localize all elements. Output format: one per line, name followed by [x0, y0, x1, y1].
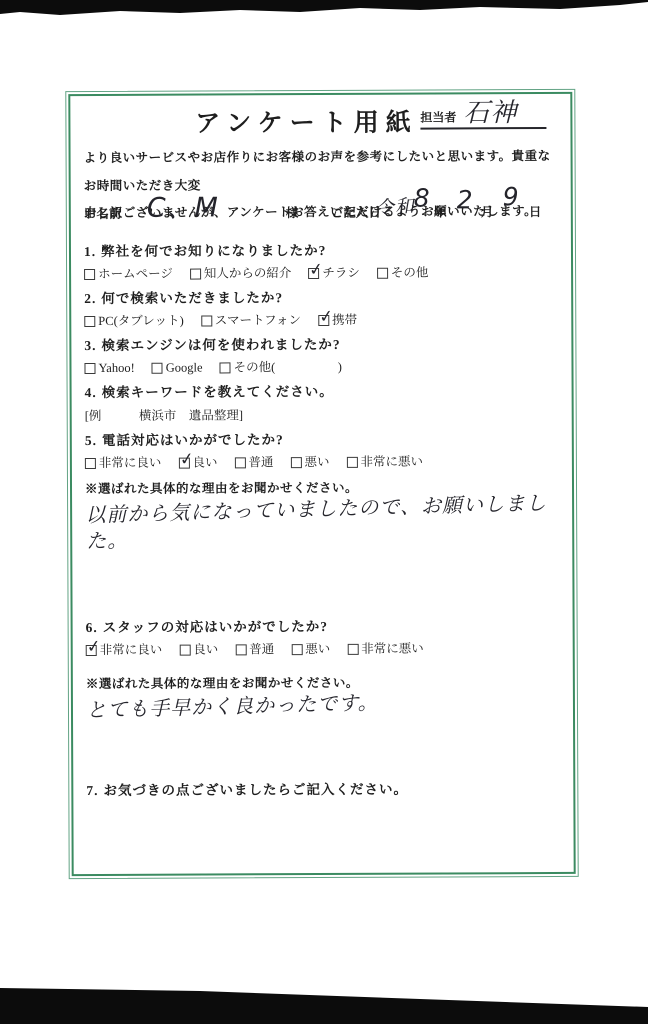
question-text: お気づきの点ございましたらご記入ください。	[103, 782, 408, 798]
year-value-handwritten: 8	[414, 184, 431, 213]
option-label: 良い	[193, 640, 218, 659]
checkbox[interactable]	[291, 644, 302, 655]
checkbox-option[interactable]: ✓チラシ	[308, 264, 360, 283]
staff-field: 担当者 石神	[420, 100, 546, 130]
checkbox-option[interactable]: Yahoo!	[84, 359, 134, 378]
questions-list: 1.弊社を何でお知りになりましたか?ホームページ知人からの紹介✓チラシその他2.…	[84, 235, 563, 801]
question-number: 2.	[84, 291, 96, 306]
option-label: Yahoo!	[98, 359, 134, 378]
option-label: その他	[391, 264, 429, 283]
question-text: 弊社を何でお知りになりましたか?	[101, 243, 326, 259]
checkbox-option[interactable]: その他	[377, 264, 429, 283]
options-row: 非常に良い✓良い普通悪い非常に悪い	[85, 452, 562, 473]
checkbox-option[interactable]: 非常に悪い	[347, 640, 424, 659]
checkbox-option[interactable]: PC(タブレット)	[84, 312, 184, 331]
option-label: 非常に良い	[100, 641, 163, 660]
staff-name-handwritten: 石神	[463, 100, 517, 126]
question-heading: 2.何で検索いただきましたか?	[84, 287, 561, 309]
question-text: 電話対応はいかがでしたか?	[102, 432, 284, 448]
option-label: 非常に悪い	[361, 640, 424, 659]
checkbox-option[interactable]: 非常に良い	[85, 454, 162, 473]
era-handwritten: 令和	[374, 191, 416, 221]
question-text: 検索エンジンは何を使われましたか?	[101, 337, 340, 353]
question-text: 検索キーワードを教えてください。	[102, 384, 334, 400]
checkbox[interactable]	[84, 269, 95, 280]
checkmark-icon: ✓	[178, 450, 194, 470]
options-row: PC(タブレット)スマートフォン✓携帯	[84, 310, 561, 331]
question-text: スタッフの対応はいかがでしたか?	[103, 619, 328, 635]
month-value-handwritten: 2	[457, 185, 474, 214]
question-block-4: 4.検索キーワードを教えてください。[例 横浜市 遺品整理]	[85, 381, 562, 426]
year-unit: 年	[434, 202, 447, 220]
question-block-5: 5.電話対応はいかがでしたか?非常に良い✓良い普通悪い非常に悪い※選ばれた具体的…	[85, 429, 563, 554]
checkbox[interactable]: ✓	[178, 458, 189, 469]
option-label: ホームページ	[98, 265, 173, 284]
checkbox[interactable]: ✓	[318, 315, 329, 326]
staff-label: 担当者	[420, 108, 456, 125]
question-number: 6.	[86, 620, 98, 635]
checkbox-option[interactable]: 悪い	[291, 640, 330, 659]
month-unit: 月	[481, 202, 494, 220]
option-label: 知人からの紹介	[204, 264, 292, 283]
option-label: 非常に悪い	[360, 453, 423, 472]
question-number: 3.	[84, 338, 96, 353]
checkbox-option[interactable]: 非常に悪い	[346, 453, 423, 472]
day-value-handwritten: 9	[503, 182, 520, 211]
checkbox[interactable]	[346, 457, 357, 468]
checkbox[interactable]	[290, 457, 301, 468]
checkbox[interactable]	[84, 363, 95, 374]
option-label: PC(タブレット)	[98, 312, 184, 331]
checkbox[interactable]: ✓	[86, 645, 97, 656]
checkbox-option[interactable]: ✓非常に良い	[86, 641, 163, 660]
checkbox-option[interactable]: ホームページ	[84, 265, 173, 284]
option-label: 悪い	[305, 640, 330, 659]
option-label: 非常に良い	[99, 454, 162, 473]
option-label: Google	[166, 359, 203, 378]
option-label: 携帯	[332, 311, 357, 330]
checkbox[interactable]	[152, 363, 163, 374]
checkbox[interactable]	[84, 316, 95, 327]
checkbox-option[interactable]: ✓携帯	[318, 311, 357, 330]
checkbox-option[interactable]: 知人からの紹介	[190, 264, 292, 283]
option-label: 悪い	[304, 453, 329, 472]
name-row: お名前 C、M 様 ご記入日 令和 8 年 2 月 9 日	[71, 190, 571, 234]
question-block-2: 2.何で検索いただきましたか?PC(タブレット)スマートフォン✓携帯	[84, 287, 561, 331]
checkbox[interactable]	[201, 315, 212, 326]
options-row: ホームページ知人からの紹介✓チラシその他	[84, 263, 561, 284]
example-text: [例 横浜市 遺品整理]	[85, 405, 562, 426]
handwritten-answer: 以前から気になっていましたので、お願いしました。	[85, 489, 563, 554]
checkmark-icon: ✓	[86, 637, 102, 657]
option-label: 普通	[248, 453, 273, 472]
question-number: 4.	[85, 385, 97, 400]
option-label: 普通	[249, 640, 274, 659]
question-number: 1.	[84, 244, 96, 259]
checkbox[interactable]	[179, 645, 190, 656]
checkbox[interactable]	[347, 644, 358, 655]
checkbox-option[interactable]: Google	[152, 359, 203, 378]
honorific-label: 様	[286, 203, 299, 221]
question-text: 何で検索いただきましたか?	[101, 290, 283, 306]
question-number: 5.	[85, 433, 97, 448]
question-block-3: 3.検索エンジンは何を使われましたか?Yahoo!Googleその他( )	[84, 334, 561, 378]
question-heading: 4.検索キーワードを教えてください。	[85, 381, 562, 403]
checkbox[interactable]	[377, 268, 388, 279]
day-unit: 日	[529, 202, 542, 220]
question-block-7: 7.お気づきの点ございましたらご記入ください。	[86, 779, 563, 801]
checkbox[interactable]	[234, 457, 245, 468]
question-heading: 3.検索エンジンは何を使われましたか?	[84, 334, 561, 356]
checkbox-option[interactable]: スマートフォン	[201, 311, 301, 330]
option-label: スマートフォン	[215, 311, 301, 330]
checkbox[interactable]	[85, 458, 96, 469]
checkmark-icon: ✓	[308, 260, 324, 280]
checkbox-option[interactable]: その他( )	[220, 358, 342, 378]
checkbox-option[interactable]: 普通	[234, 453, 273, 472]
options-row: Yahoo!Googleその他( )	[84, 357, 561, 378]
checkbox-option[interactable]: 悪い	[290, 453, 329, 472]
name-label: お名前	[84, 204, 122, 222]
checkmark-icon: ✓	[318, 307, 334, 327]
option-label: その他( )	[234, 358, 342, 377]
question-heading: 7.お気づきの点ございましたらご記入ください。	[86, 779, 563, 801]
checkbox[interactable]	[190, 269, 201, 280]
option-label: 良い	[192, 453, 217, 472]
options-row: ✓非常に良い良い普通悪い非常に悪い	[86, 639, 563, 660]
question-number: 7.	[86, 783, 98, 798]
question-block-6: 6.スタッフの対応はいかがでしたか?✓非常に良い良い普通悪い非常に悪い※選ばれた…	[86, 616, 563, 723]
checkbox-option[interactable]: 普通	[235, 640, 274, 659]
question-block-1: 1.弊社を何でお知りになりましたか?ホームページ知人からの紹介✓チラシその他	[84, 240, 561, 284]
date-label: ご記入日	[331, 203, 381, 221]
questionnaire-frame: アンケート用紙 担当者 石神 より良いサービスやお店作りにお客様のお声を参考にし…	[68, 92, 575, 876]
checkbox-option[interactable]: ✓良い	[178, 453, 217, 472]
question-heading: 6.スタッフの対応はいかがでしたか?	[86, 616, 563, 638]
name-value-handwritten: C、M	[147, 185, 219, 224]
checkbox-option[interactable]: 良い	[179, 640, 218, 659]
question-heading: 5.電話対応はいかがでしたか?	[85, 429, 562, 451]
checkbox[interactable]: ✓	[308, 268, 319, 279]
question-heading: 1.弊社を何でお知りになりましたか?	[84, 240, 561, 262]
scan-artifact-top	[0, 0, 648, 17]
checkbox[interactable]	[220, 362, 231, 373]
checkbox[interactable]	[235, 644, 246, 655]
option-label: チラシ	[322, 264, 360, 283]
